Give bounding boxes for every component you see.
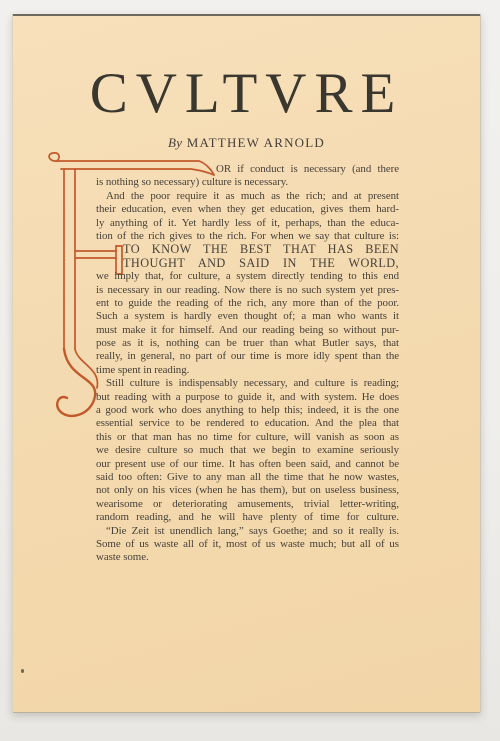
text-line-quote-caps: THOUGHT AND SAID IN THE WORLD,: [96, 257, 399, 270]
text-line: essential service to be rendered to educ…: [96, 417, 399, 430]
text-line: ent to guide the reading of the rich, an…: [96, 297, 399, 310]
text-line: we imply that, for culture, a system dir…: [96, 270, 399, 283]
body-text: OR if conduct is necessary (and there is…: [96, 163, 399, 565]
text-line: not only on his vices (when he has them)…: [96, 484, 399, 497]
text-line: must make it for himself. And our readin…: [96, 324, 399, 337]
text-line: their education, even when they get educ…: [96, 203, 399, 216]
text-line: our present use of our time. It has ofte…: [96, 458, 399, 471]
text-line: And the poor require it as much as the r…: [96, 190, 399, 203]
text-line: tion of the rich gives to the rich. For …: [96, 230, 399, 243]
document-title: CVLTVRE: [13, 64, 480, 124]
text-line: is necessary in our reading. Now there i…: [96, 284, 399, 297]
text-line: Some of us waste all of it, most of us w…: [96, 538, 399, 551]
text-line: is nothing so necessary) culture is nece…: [96, 176, 399, 189]
text-line: “Die Zeit ist unendlich lang,” says Goet…: [96, 525, 399, 538]
paper-speck: [21, 669, 24, 673]
broadside-sheet: CVLTVRE By MATTHEW ARNOLD OR if conduct …: [12, 14, 481, 713]
text-line: pose as it is, nothing can be truer than…: [96, 337, 399, 350]
text-line: but reading with a purpose to guide it, …: [96, 391, 399, 404]
text-line: said too often: Give to any man all the …: [96, 471, 399, 484]
text-line: Still culture is indispensably necessary…: [96, 377, 399, 390]
text-line: random reading, and he will have plenty …: [96, 511, 399, 524]
text-line-quote-caps: TO KNOW THE BEST THAT HAS BEEN: [96, 243, 399, 256]
text-line: really, in general, no part of our time …: [96, 350, 399, 363]
text-line: a good work who does anything to help th…: [96, 404, 399, 417]
text-line: this or that man has no time for culture…: [96, 431, 399, 444]
text-line: ly anything of it. Yet hardly less of it…: [96, 217, 399, 230]
text-line: time spent in reading.: [96, 364, 399, 377]
text-line: OR if conduct is necessary (and there: [96, 163, 399, 176]
text-line: wearisome or deteriorating amusements, t…: [96, 498, 399, 511]
text-line: waste some.: [96, 551, 399, 564]
text-line: Such a system is hardly even thought of;…: [96, 310, 399, 323]
text-line: we desire culture so much that we begin …: [96, 444, 399, 457]
